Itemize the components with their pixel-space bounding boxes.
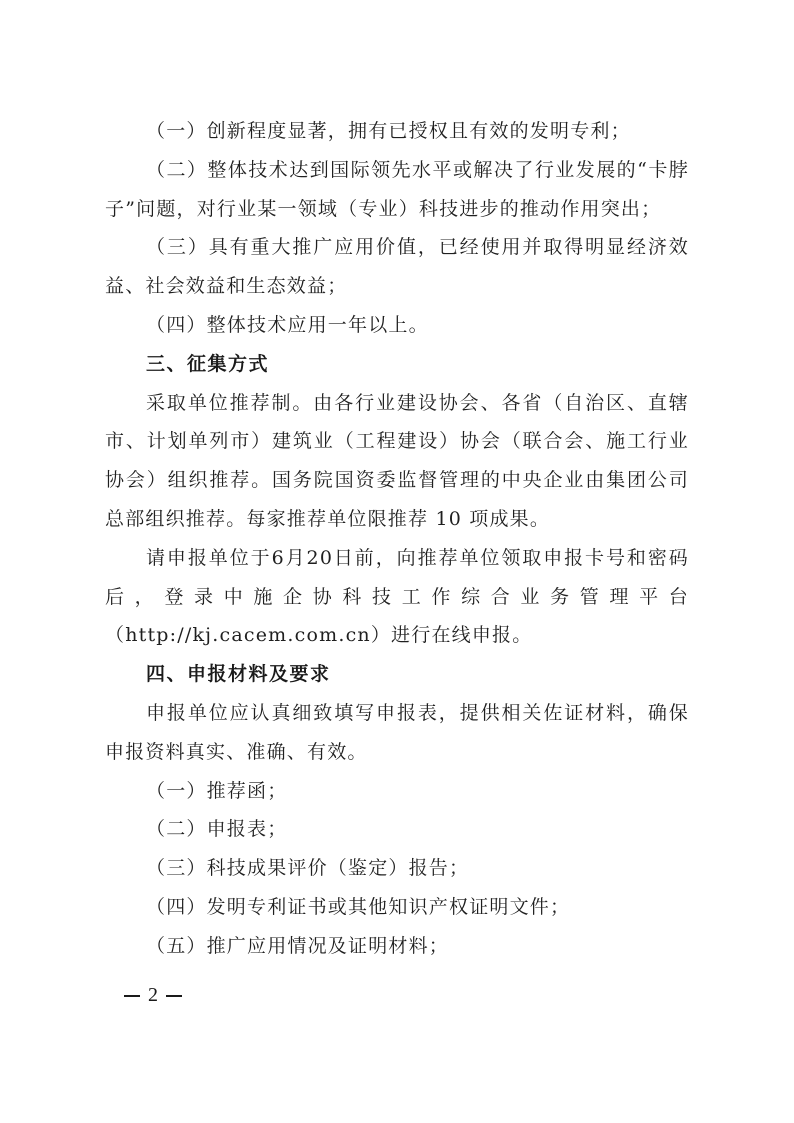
material-item-5: （五）推广应用情况及证明材料； xyxy=(105,927,689,966)
dash-left-icon xyxy=(124,995,140,997)
material-item-3: （三）科技成果评价（鉴定）报告； xyxy=(105,849,689,888)
criteria-item-3: （三）具有重大推广应用价值，已经使用并取得明显经济效益、社会效益和生态效益； xyxy=(105,228,689,306)
online-submission-paragraph: 请申报单位于6月20日前，向推荐单位领取申报卡号和密码后，登录中施企协科技工作综… xyxy=(105,539,689,655)
collection-method-paragraph: 采取单位推荐制。由各行业建设协会、各省（自治区、直辖市、计划单列市）建筑业（工程… xyxy=(105,384,689,539)
material-item-4: （四）发明专利证书或其他知识产权证明文件； xyxy=(105,888,689,927)
dash-right-icon xyxy=(166,995,182,997)
document-page: （一）创新程度显著，拥有已授权且有效的发明专利； （二）整体技术达到国际领先水平… xyxy=(105,112,689,966)
materials-intro-paragraph: 申报单位应认真细致填写申报表，提供相关佐证材料，确保申报资料真实、准确、有效。 xyxy=(105,694,689,772)
page-number: 2 xyxy=(148,984,158,1007)
material-item-1: （一）推荐函； xyxy=(105,772,689,811)
page-footer: 2 xyxy=(124,984,182,1007)
criteria-item-4: （四）整体技术应用一年以上。 xyxy=(105,306,689,345)
section-heading-materials: 四、申报材料及要求 xyxy=(105,655,689,694)
criteria-item-2: （二）整体技术达到国际领先水平或解决了行业发展的“卡脖子”问题，对行业某一领域（… xyxy=(105,151,689,229)
criteria-item-1: （一）创新程度显著，拥有已授权且有效的发明专利； xyxy=(105,112,689,151)
section-heading-collection-method: 三、征集方式 xyxy=(105,345,689,384)
material-item-2: （二）申报表； xyxy=(105,810,689,849)
